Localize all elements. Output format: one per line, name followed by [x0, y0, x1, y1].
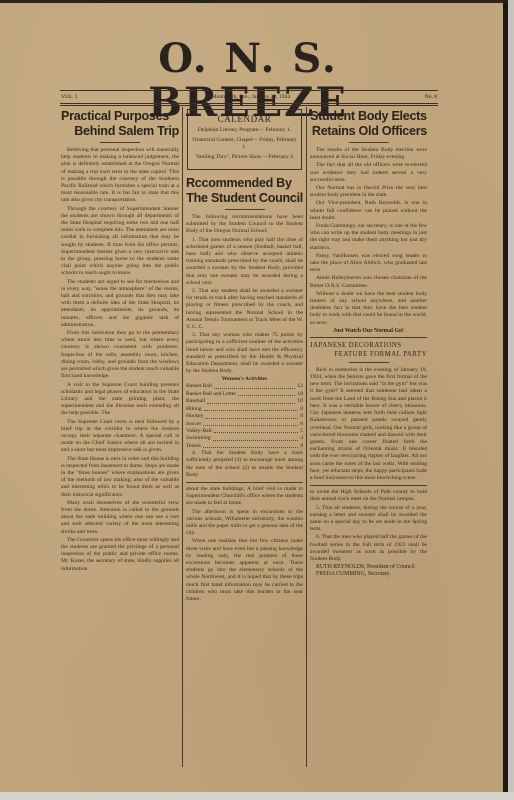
activity-row: Volley-Ball5 — [186, 428, 303, 435]
calendar-box: CALENDAR Delphian Literary Program— Febr… — [187, 109, 302, 170]
activity-points: 12 — [297, 383, 303, 390]
activity-name: Hockey — [186, 413, 203, 420]
headline-line-1: Rccommended By — [186, 176, 292, 190]
paragraph: Through the courtesy of Superintendent S… — [61, 206, 179, 278]
paragraph: The fact that all the old officers were … — [310, 162, 427, 184]
activity-points: 4 — [300, 435, 303, 442]
activity-name: Soccer — [186, 421, 201, 428]
headline-japanese-decorations: JAPANESE DECORATIONS FEATURE FORMAL PART… — [310, 341, 427, 359]
paragraph: Many avail themselves of the wonderful v… — [61, 500, 179, 536]
leader-dots — [203, 443, 298, 448]
paragraph: The State House is next in order and thi… — [61, 456, 179, 499]
ornamental-divider — [310, 337, 427, 338]
activity-points: 8 — [300, 413, 303, 420]
leader-dots — [213, 435, 299, 440]
activity-name: Basket Ball and Letter — [186, 391, 236, 398]
headline-student-council: Rccommended By The Student Council — [186, 176, 303, 206]
column-1: Practical Purposes Behind Salem Trip Bel… — [58, 107, 182, 767]
activity-name: Swimming — [186, 435, 211, 442]
article-student-council-item4: 4. That the Student Body have a track su… — [186, 450, 303, 479]
columns: Practical Purposes Behind Salem Trip Bel… — [58, 107, 438, 767]
paragraph: The following recommendations have been … — [186, 214, 303, 236]
paragraph: about the state buildings. A brief visit… — [186, 486, 303, 508]
activity-points: 8 — [300, 421, 303, 428]
paragraph: The results of the Student Body election… — [310, 147, 427, 161]
calendar-title: CALENDAR — [192, 114, 297, 124]
divider — [349, 142, 389, 143]
closing-line: Just Watch Our Normal Go! — [310, 328, 427, 334]
activities-list: Basket Ball12 Basket Ball and Letter18 B… — [186, 383, 303, 450]
headline-salem-trip: Practical Purposes Behind Salem Trip — [61, 109, 179, 139]
calendar-item: Delphian Literary Program— February 1. — [192, 127, 297, 134]
signature-president: RUTH REYNOLDS, President of Council — [310, 564, 427, 571]
paragraph: 5. That all students, during the course … — [310, 505, 427, 534]
paragraph: to invite the High Schools of Polk count… — [310, 489, 427, 503]
headline-line-1: Student Body Elects — [310, 109, 427, 123]
signature-secretary: FREDA CUMMING, Secretary. — [310, 571, 427, 578]
leader-dots — [204, 406, 299, 411]
article-formal-party: Rich in memories is the evening of Janua… — [310, 367, 427, 482]
headline-line-1: Practical Purposes — [61, 109, 169, 123]
activity-row: Soccer8 — [186, 421, 303, 428]
paragraph: Pansy VanHousen was elected song leader … — [310, 253, 427, 275]
paragraph: 2. That any student shall be awarded a s… — [186, 288, 303, 331]
activity-name: Basket Ball — [186, 383, 212, 390]
headline-line-2: Retains Old Officers — [310, 124, 427, 139]
leader-dots — [238, 391, 295, 396]
paragraph: The students are urged to see for themse… — [61, 279, 179, 329]
volume-label: VOL. I — [61, 94, 77, 100]
paragraph: 4. That the Student Body have a track su… — [186, 450, 303, 479]
divider — [186, 482, 303, 483]
activity-row: Hockey8 — [186, 413, 303, 420]
activity-name: Tennis — [186, 443, 201, 450]
paragraph: 6. That the men who played half the game… — [310, 534, 427, 563]
headline-line-2: FEATURE FORMAL PARTY — [310, 350, 427, 359]
leader-dots — [203, 421, 298, 426]
newspaper-page: O. N. S. BREEZE VOL. I Monmouth, Ore., J… — [0, 0, 508, 795]
paragraph: 3. That any woman who makes 75 points by… — [186, 332, 303, 375]
paragraph: The afternoon is spent in excursions to … — [186, 509, 303, 538]
activity-points: 10 — [297, 398, 303, 405]
issue-number: No. 8 — [425, 94, 437, 100]
activity-points: 5 — [300, 428, 303, 435]
article-student-council: The following recommendations have been … — [186, 214, 303, 375]
headline-line-1: JAPANESE DECORATIONS — [310, 342, 402, 349]
divider — [100, 142, 140, 143]
folio-line: VOL. I Monmouth, Ore., January 28, 1924 … — [60, 90, 438, 106]
leader-dots — [207, 398, 295, 403]
dateline: Monmouth, Ore., January 28, 1924 — [212, 94, 291, 100]
activity-name: Volley-Ball — [186, 428, 212, 435]
activity-name: Baseball — [186, 398, 205, 405]
headline-student-body-elects: Student Body Elects Retains Old Officers — [310, 109, 427, 139]
paragraph: The Supreme Court room is next followed … — [61, 419, 179, 455]
signatures: RUTH REYNOLDS, President of Council FRED… — [310, 564, 427, 578]
paragraph: Freda Cummings, our secretary, is one of… — [310, 223, 427, 252]
divider — [225, 209, 265, 210]
calendar-item: "Smiling Thru", Picture Show —February 2… — [192, 154, 297, 161]
activity-row: Hiking8 — [186, 406, 303, 413]
paragraph: Believing that personal inspection will … — [61, 147, 179, 205]
activity-row: Basket Ball12 — [186, 383, 303, 390]
scan-background-edge — [0, 792, 514, 800]
leader-dots — [214, 383, 295, 388]
article-salem-trip: Believing that personal inspection will … — [61, 147, 179, 573]
article-student-council-continued: to invite the High Schools of Polk count… — [310, 489, 427, 563]
paragraph: Without a doubt we have the best student… — [310, 291, 427, 327]
paragraph: The Governor opens his office most willi… — [61, 537, 179, 573]
paragraph: From this institution they go to the pen… — [61, 330, 179, 380]
activity-row: Tennis8 — [186, 443, 303, 450]
calendar-item: Oratorical Contest, Chapel— Friday, Febr… — [192, 137, 297, 151]
activity-name: Hiking — [186, 406, 202, 413]
leader-dots — [214, 428, 299, 433]
paragraph: Our Vice-president, Ruth Reynolds, is on… — [310, 200, 427, 222]
activity-row: Basket Ball and Letter18 — [186, 391, 303, 398]
article-salem-trip-continued: about the state buildings. A brief visit… — [186, 486, 303, 603]
column-3: Student Body Elects Retains Old Officers… — [306, 107, 430, 767]
article-student-body-elects: The results of the Student Body election… — [310, 147, 427, 327]
activities-title: Women's Activities — [186, 376, 303, 382]
paragraph: 1. That men students who play half the t… — [186, 237, 303, 287]
divider — [310, 485, 427, 486]
paragraph: A visit to the Supreme Court building pr… — [61, 382, 179, 418]
activity-points: 8 — [300, 443, 303, 450]
paragraph: Annie Halleyburton was chosen chairman o… — [310, 275, 427, 289]
activity-points: 8 — [300, 406, 303, 413]
paragraph: Our Normal has in Harold Price the very … — [310, 185, 427, 199]
leader-dots — [205, 413, 298, 418]
paragraph: When one realizes that but few citizens … — [186, 538, 303, 603]
activity-row: Baseball10 — [186, 398, 303, 405]
headline-line-2: Behind Salem Trip — [61, 124, 179, 139]
divider — [349, 362, 389, 363]
headline-line-2: The Student Council — [186, 191, 303, 206]
column-2: CALENDAR Delphian Literary Program— Febr… — [182, 107, 306, 767]
activity-row: Swimming4 — [186, 435, 303, 442]
paragraph: Rich in memories is the evening of Janua… — [310, 367, 427, 482]
activity-points: 18 — [297, 391, 303, 398]
